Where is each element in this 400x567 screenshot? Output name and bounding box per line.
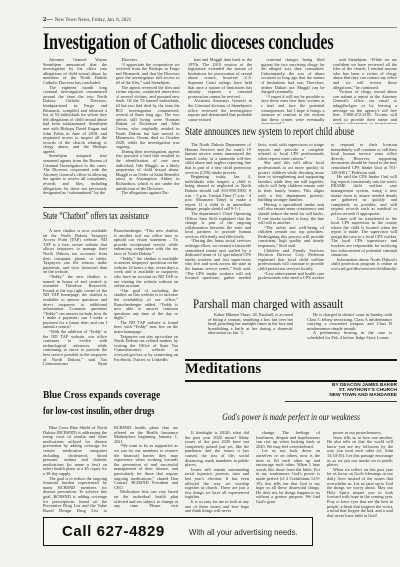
headline-bluecross-insulin: Blue Cross expands coveragefor low-cost … (43, 388, 186, 420)
parshall-article-body: Kabar Hikmm Vinav, 28, Parshall, is accu… (208, 313, 392, 359)
bluecross-article-body: Blue Cross Blue Shield of North Dakota (… (43, 426, 178, 516)
chatbot-article-body: A new chatbot is now available on the No… (43, 229, 178, 383)
meditations-column-1: If hindsight is 20/20, what did the past… (185, 431, 249, 516)
meditations-title-rule (185, 380, 397, 382)
meditations-column-2: change. The feelings of loneliness, desp… (256, 431, 320, 516)
ad-tagline: With all your advertising needs. (189, 527, 298, 537)
headline-child-abuse-system: State announces new system to report chi… (185, 126, 354, 138)
headline-chatbot-tax: State “Chatbot” offers tax assistance (43, 210, 149, 222)
ad-phone-number: Call 627-4829 (62, 523, 165, 540)
masthead-date-line: New Town News, Friday, Jan. 8, 2021 (55, 18, 131, 23)
masthead: 2—New Town News, Friday, Jan. 8, 2021 (43, 16, 131, 23)
headline-catholic-investigation: Investigation of Catholic dioceses concl… (43, 29, 333, 55)
advertising-box: Call 627-4829 With all your advertising … (43, 517, 313, 546)
headline-gods-power: God's power is made perfect in our weakn… (185, 407, 397, 425)
catholic-column-3: kart and Muggli date back to the 1970s. … (188, 58, 252, 124)
catholic-column-2: Dioceses.“I appreciate the cooperation w… (116, 58, 180, 212)
headline-parshall-assault: Parshall man charged with assault (193, 296, 343, 312)
catholic-column-1: Attorney General Wayne Stenehjem announc… (43, 58, 107, 212)
newspaper-page: 2—New Town News, Friday, Jan. 8, 2021 In… (0, 0, 400, 567)
chatbot-section-rule (43, 207, 178, 208)
page-number: 2— (43, 16, 53, 23)
meditations-byline: BY DEACON JAMES BAKERST. ANTHONY'S CHURC… (285, 383, 397, 402)
catholic-column-5: said Stenehjem. “While we are confident … (333, 58, 397, 124)
child-abuse-article-body: The North Dakota Department of Human Ser… (185, 143, 397, 296)
meditations-column-3: power in our powerlessness.Jesus tells u… (327, 431, 393, 545)
catholic-column-4: criminal charges being filed against the… (261, 58, 325, 124)
meditations-section-title: Meditations (185, 361, 261, 378)
masthead-rule (43, 27, 397, 28)
